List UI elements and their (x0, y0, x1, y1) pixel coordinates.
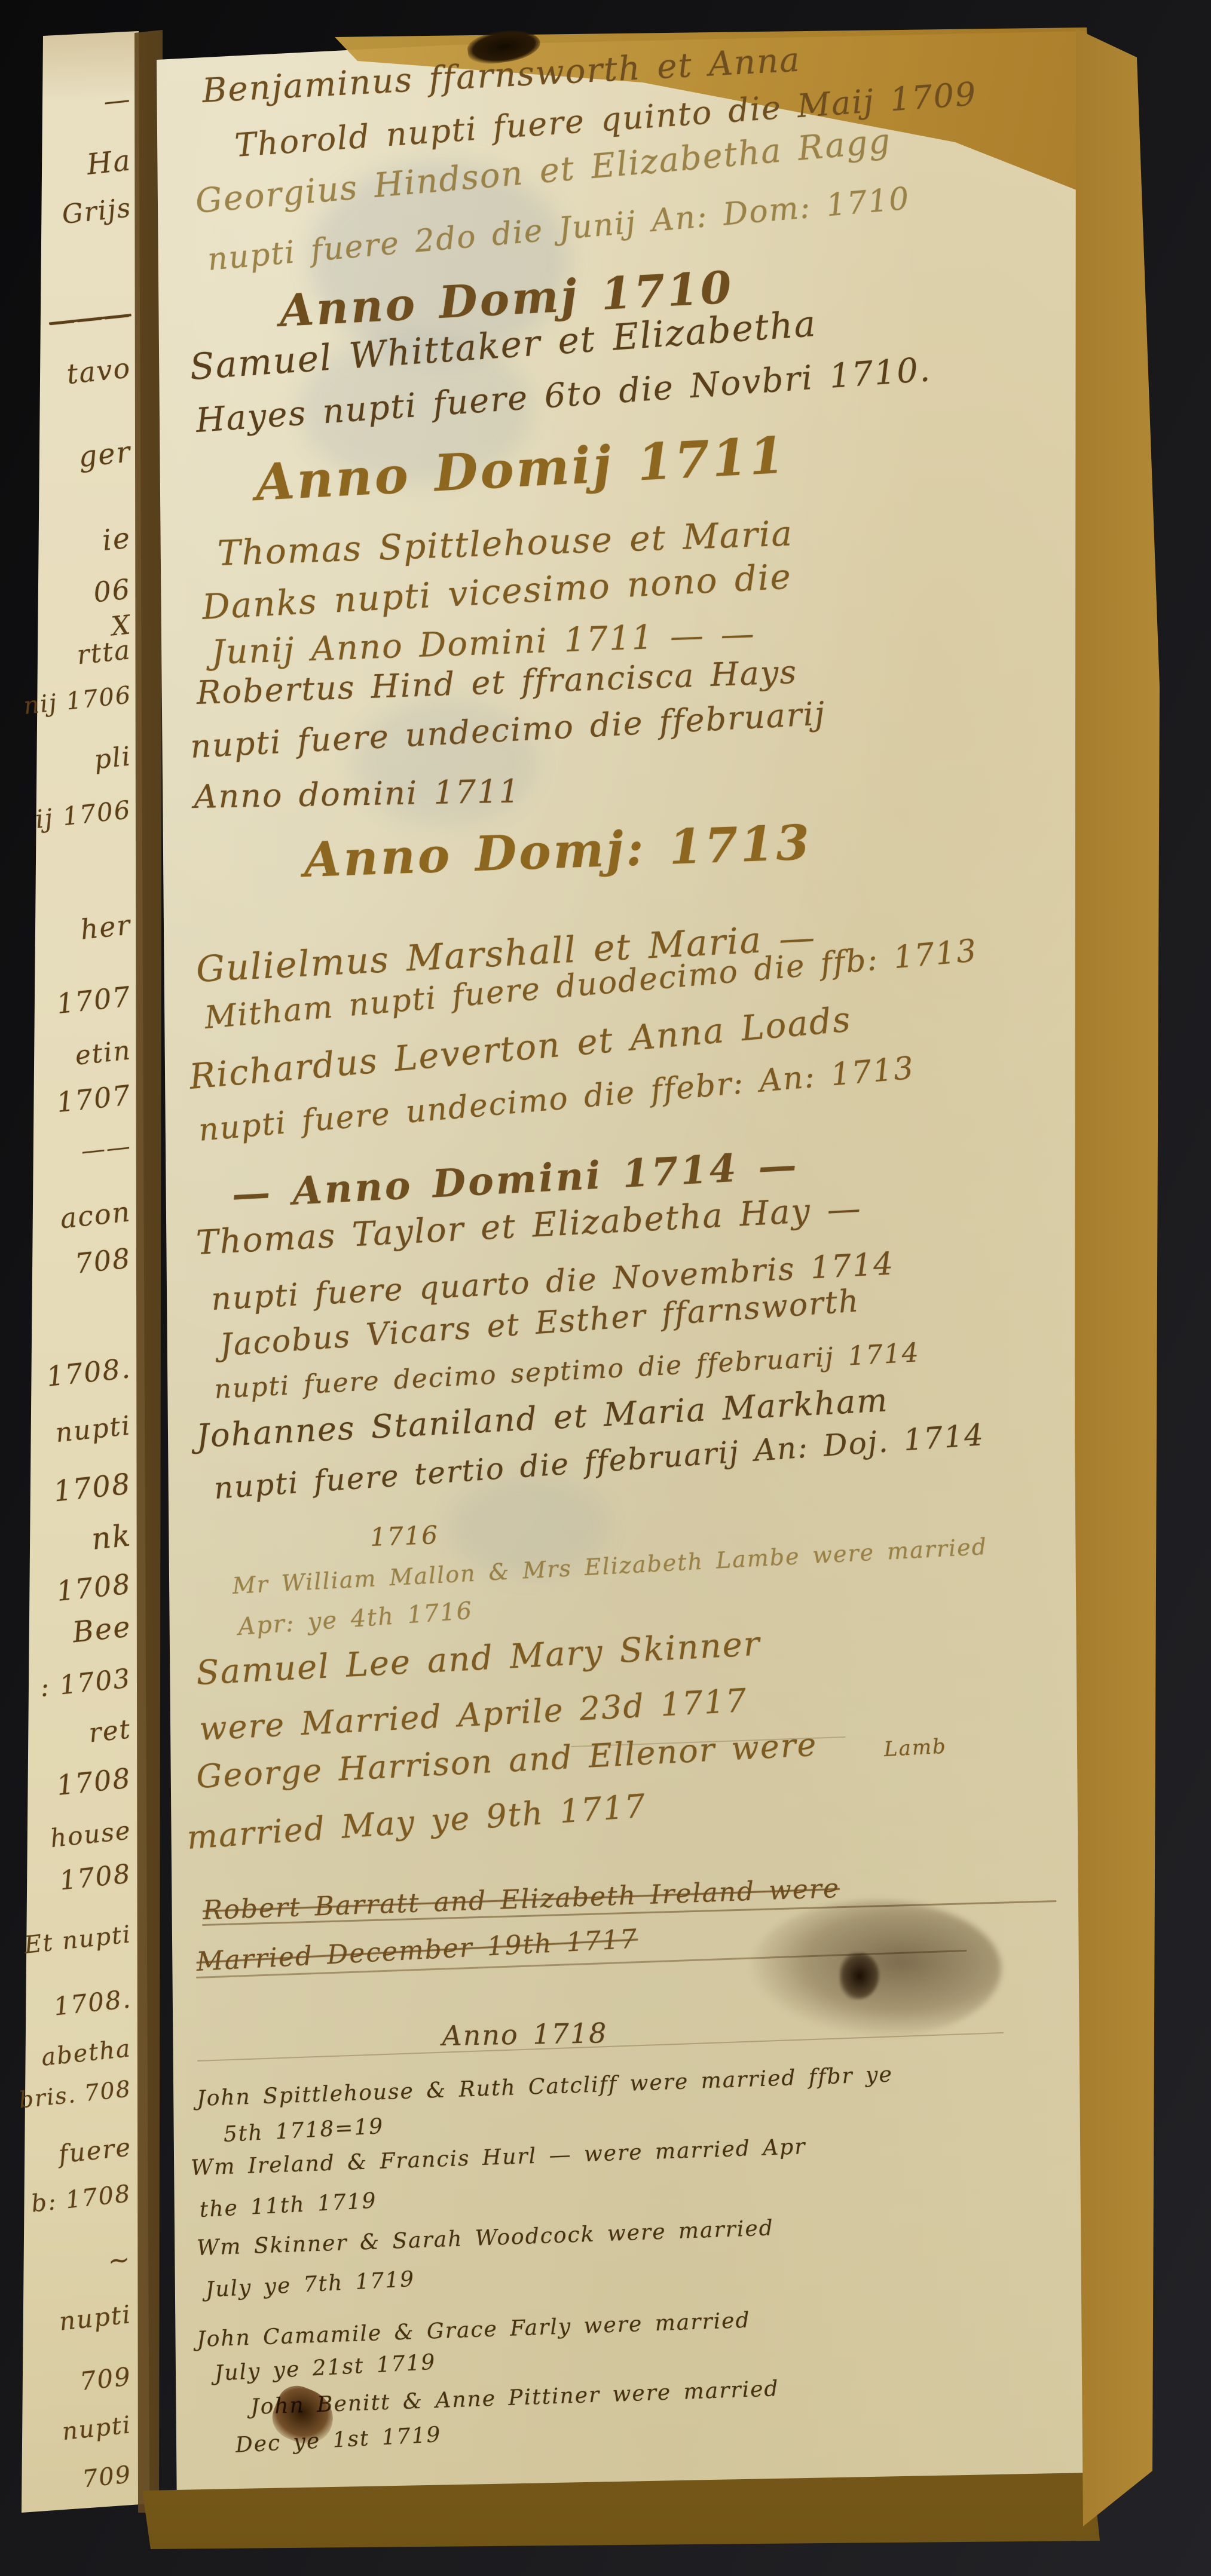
previous-page-fragment: — (102, 84, 133, 117)
previous-page-fragment: tavo (65, 351, 133, 390)
previous-page-fragment: ger (77, 435, 133, 474)
previous-page-fragment: nk (90, 1518, 133, 1557)
previous-page-fragment: ~ (106, 2244, 133, 2277)
register-entry: Anno domini 1711 (194, 772, 521, 816)
previous-page-fragment: Ha (85, 143, 133, 181)
previous-page-fragment: 709 (81, 2461, 133, 2493)
previous-page-fragment: 06 (92, 572, 133, 608)
previous-page-fragment: her (79, 908, 133, 946)
previous-page-fragment: —— (80, 1132, 133, 1165)
previous-page-fragment: rtta (76, 635, 133, 670)
previous-page-fragment: 709 (78, 2361, 133, 2396)
register-entry: Anno 1718 (442, 2017, 608, 2052)
previous-page-fragment: ret (87, 1714, 133, 1748)
register-entry: Lamb (883, 1735, 947, 1762)
previous-page-fragment: ie (101, 521, 133, 558)
manuscript-photo: —HaGrijs———tavogerie06Xrttanij 1706pliij… (0, 0, 1211, 2576)
previous-page-fragment: pli (93, 741, 133, 775)
register-entry: 1716 (369, 1520, 439, 1552)
previous-page-fragment: etin (74, 1035, 133, 1071)
previous-page-fragment: 708 (74, 1242, 133, 1280)
previous-page-fragment: Bee (71, 1610, 133, 1649)
